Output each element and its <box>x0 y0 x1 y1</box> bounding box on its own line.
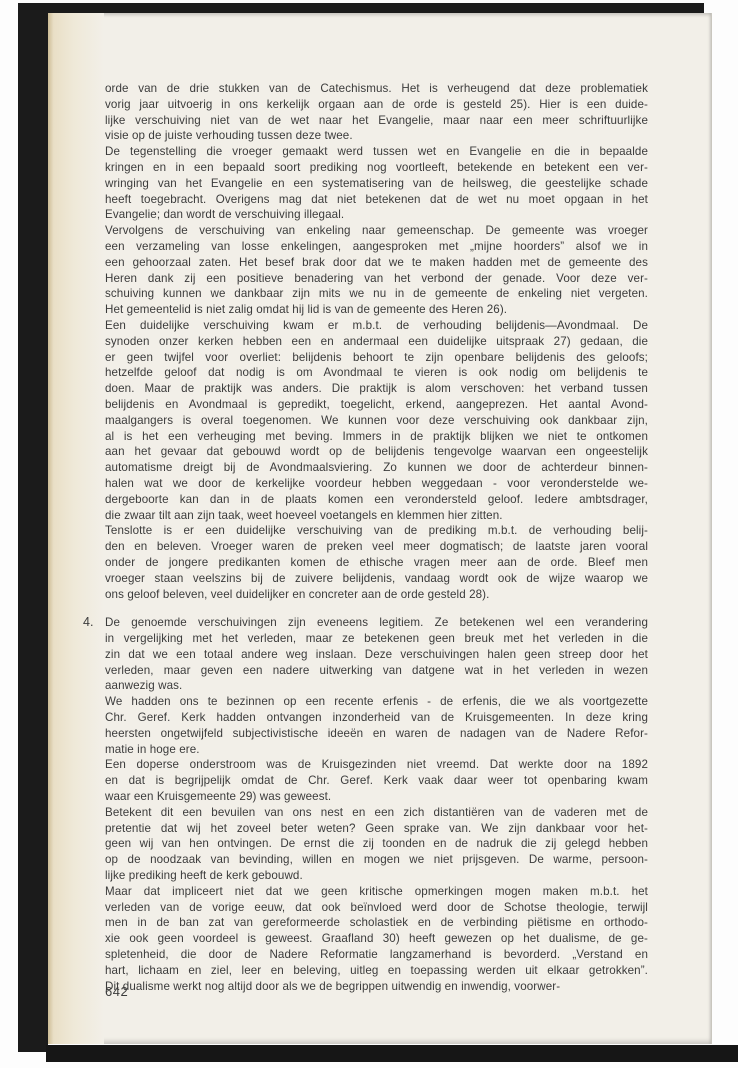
paragraph: We hadden ons te bezinnen op een recente… <box>105 694 648 757</box>
text-line: Chr. Geref. Kerk hadden ontvangen inzond… <box>105 710 648 726</box>
text-line: waar een Kruisgemeente 29) was geweest. <box>105 789 648 805</box>
text-line: De genoemde verschuivingen zijn eveneens… <box>105 615 648 631</box>
text-line: Het gemeentelid is niet zalig omdat hij … <box>105 302 648 318</box>
page-edge-stack <box>48 13 104 1044</box>
text-line: Evangelie; dan wordt de verschuiving ill… <box>105 207 648 223</box>
text-line: belijdenis en Avondmaal is gepredikt, to… <box>105 397 648 413</box>
text-line: vorig jaar uitvoerig in ons kerkelijk or… <box>105 97 648 113</box>
paragraph: Tenslotte is er een duidelijke verschuiv… <box>105 523 648 602</box>
text-line: halen wat we door de kerkelijke voordeur… <box>105 476 648 492</box>
text-line: doen. Maar de praktijk was anders. Die p… <box>105 381 648 397</box>
text-line: Een duidelijke verschuiving kwam er m.b.… <box>105 318 648 334</box>
text-line: zin dat we een totaal andere weg inslaan… <box>105 647 648 663</box>
text-line: ons geloof beleven, veel duidelijker en … <box>105 587 648 603</box>
text-line: heeft toegebracht. Overigens mag dat nie… <box>105 192 648 208</box>
text-line: dergeboorte kan dan in de plaats komen e… <box>105 492 648 508</box>
book-cover-edge-left <box>18 3 48 1052</box>
text-line: en dat is begrijpelijk omdat de Chr. Ger… <box>105 773 648 789</box>
text-line: xie ook geen voordeel is geweest. Graafl… <box>105 931 648 947</box>
text-line: geen wij van hen ontvingen. De ernst die… <box>105 836 648 852</box>
scanned-book-photo: orde van de drie stukken van de Catechis… <box>0 0 738 1068</box>
text-line: Dit dualisme werkt nog altijd door als w… <box>105 979 648 995</box>
text-line: vroeger staan veelszins bij de zuivere b… <box>105 571 648 587</box>
text-line: matie in hoge ere. <box>105 742 648 758</box>
text-line: pretentie dat wij het zoveel beter weten… <box>105 821 648 837</box>
text-line: kringen en in een bepaald soort predikin… <box>105 160 648 176</box>
text-line: hart, lichaam en ziel, leer en beleving,… <box>105 963 648 979</box>
text-line: spletenheid, die door de Nadere Reformat… <box>105 947 648 963</box>
text-line: lijke verschuiving niet van de wet naar … <box>105 113 648 129</box>
text-line: schuiving kunnen we dankbaar zijn mits w… <box>105 286 648 302</box>
text-line: Betekent dit een bevuilen van ons nest e… <box>105 805 648 821</box>
text-line: De tegenstelling die vroeger gemaakt wer… <box>105 144 648 160</box>
text-line: Maar dat impliceert niet dat we geen kri… <box>105 884 648 900</box>
text-line: maalgangers is overal toegenomen. We kun… <box>105 413 648 429</box>
text-line: den en beleven. Vroeger waren de preken … <box>105 539 648 555</box>
text-line: orde van de drie stukken van de Catechis… <box>105 81 648 97</box>
text-line: lijke prediking heeft de kerk gebouwd. <box>105 868 648 884</box>
numbered-section-body: De genoemde verschuivingen zijn eveneens… <box>105 615 648 994</box>
paragraph: De genoemde verschuivingen zijn eveneens… <box>105 615 648 694</box>
text-line: wringing van het Evangelie en een system… <box>105 176 648 192</box>
text-line: visie op de juiste verhouding tussen dez… <box>105 128 648 144</box>
text-line: We hadden ons te bezinnen op een recente… <box>105 694 648 710</box>
text-line: in vergelijking met het verleden, maar z… <box>105 631 648 647</box>
paragraph: orde van de drie stukken van de Catechis… <box>105 81 648 144</box>
text-line: men in de ban zat van gereformeerde scho… <box>105 915 648 931</box>
text-line: hetzelfde geloof dat nodig is om Avondma… <box>105 365 648 381</box>
paragraph: Vervolgens de verschuiving van enkeling … <box>105 223 648 318</box>
text-line: aanwezig was. <box>105 678 648 694</box>
text-line: die zwaar tilt aan zijn taak, weet hoeve… <box>105 508 648 524</box>
paragraph: Maar dat impliceert niet dat we geen kri… <box>105 884 648 995</box>
text-line: een gehoorzaal zaten. Het besef brak doo… <box>105 255 648 271</box>
text-line: Heren dank zij een positieve benadering … <box>105 271 648 287</box>
text-line: automatisme dreigt bij de Avondmaalsvier… <box>105 460 648 476</box>
page-number: 642 <box>105 984 128 999</box>
numbered-section-4: 4. De genoemde verschuivingen zijn evene… <box>105 615 648 994</box>
text-line: op de noodzaak van bevinding, willen en … <box>105 852 648 868</box>
paragraph: Een doperse onderstroom was de Kruisgezi… <box>105 757 648 804</box>
book-page: orde van de drie stukken van de Catechis… <box>48 13 712 1044</box>
paragraph: Betekent dit een bevuilen van ons nest e… <box>105 805 648 884</box>
paragraph: Een duidelijke verschuiving kwam er m.b.… <box>105 318 648 523</box>
paragraph: De tegenstelling die vroeger gemaakt wer… <box>105 144 648 223</box>
text-line: Tenslotte is er een duidelijke verschuiv… <box>105 523 648 539</box>
text-line: verleden, maar geven een nadere uitwerki… <box>105 663 648 679</box>
text-line: er geen twijfel voor overliet: belijdeni… <box>105 350 648 366</box>
book-cover-edge-bottom <box>46 1045 738 1062</box>
text-line: onder de jongere predikanten komen de et… <box>105 555 648 571</box>
list-number: 4. <box>83 615 94 631</box>
text-line: al is het een verheuging met beving. Imm… <box>105 429 648 445</box>
text-line: een verzameling van losse enkelingen, aa… <box>105 239 648 255</box>
text-line: Een doperse onderstroom was de Kruisgezi… <box>105 757 648 773</box>
text-line: verleden van de vorige eeuw, dat ook beï… <box>105 900 648 916</box>
text-line: Vervolgens de verschuiving van enkeling … <box>105 223 648 239</box>
text-column: orde van de drie stukken van de Catechis… <box>105 81 648 994</box>
text-line: aan het gevaar dat gebouwd wordt op de b… <box>105 444 648 460</box>
text-line: synoden onzer kerken hebben een en ander… <box>105 334 648 350</box>
text-line: heersten ongetwijfeld subjectivistische … <box>105 726 648 742</box>
